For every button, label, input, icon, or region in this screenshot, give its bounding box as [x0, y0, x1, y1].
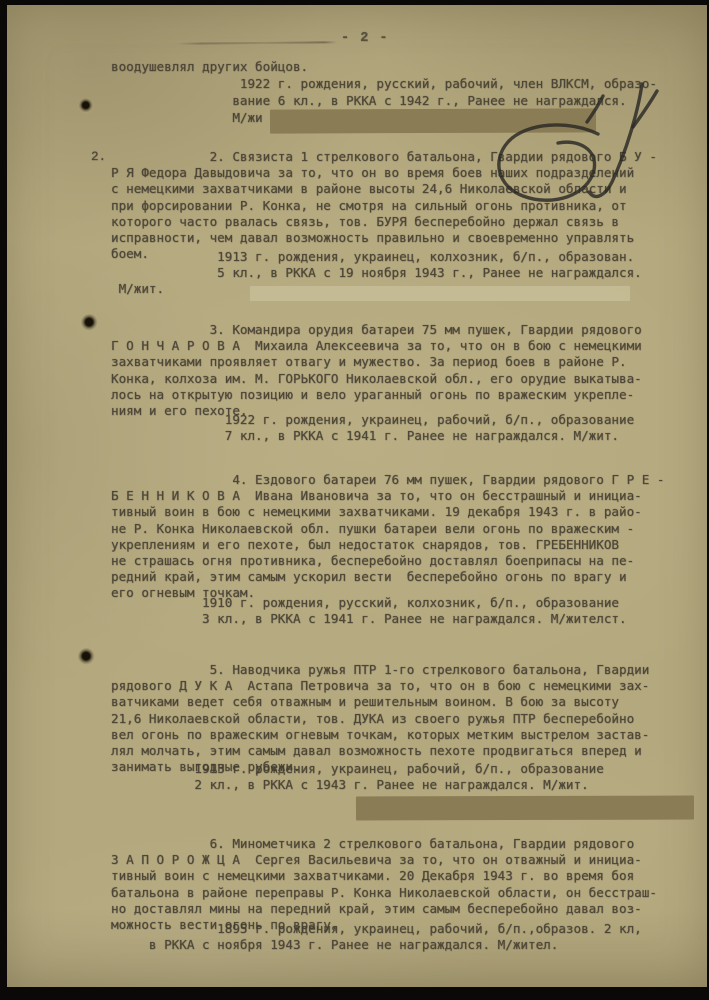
hole-punch-2: [81, 314, 99, 332]
paragraph-2-body: 2. Связиста 1 стрелкового батальона, Гва…: [111, 149, 657, 262]
hole-punch-1: [79, 98, 94, 114]
paragraph-3-bio: 1922 г. рождения, украинец, рабочий, б/п…: [111, 412, 634, 444]
redaction-block-2: [250, 286, 630, 301]
paragraph-6-bio: 1895 г. рождения, украинец, рабочий, б/п…: [111, 921, 642, 953]
scan-edge-left: [0, 0, 7, 1000]
scan-frame: - 2 - воодушевлял других бойцов. 1922 г.…: [0, 0, 709, 1000]
paragraph-5-body: 5. Наводчика ружья ПТР 1-го стрелкового …: [111, 662, 649, 775]
page-number: - 2 -: [341, 31, 389, 47]
scratch-mark: [177, 41, 337, 44]
redaction-block-3: [356, 796, 694, 821]
redaction-block-1: [270, 108, 596, 133]
scan-edge-top: [0, 0, 709, 5]
margin-number-2: 2.: [91, 149, 106, 165]
paragraph-4-bio: 1910 г. рождения, русский, колхозник, б/…: [111, 595, 627, 627]
hole-punch-3: [78, 648, 96, 666]
paragraph-4-body: 4. Ездового батареи 76 мм пушек, Гвардии…: [111, 472, 665, 602]
paragraph-6-body: 6. Минометчика 2 стрелкового батальона, …: [111, 836, 657, 933]
paragraph-5-bio: 1913 г. рождения, украинец, рабочий, б/п…: [111, 761, 604, 793]
document-page: - 2 - воодушевлял других бойцов. 1922 г.…: [7, 5, 707, 987]
scan-edge-bottom: [0, 987, 709, 1000]
paragraph-3-body: 3. Командира орудия батареи 75 мм пушек,…: [111, 322, 642, 419]
